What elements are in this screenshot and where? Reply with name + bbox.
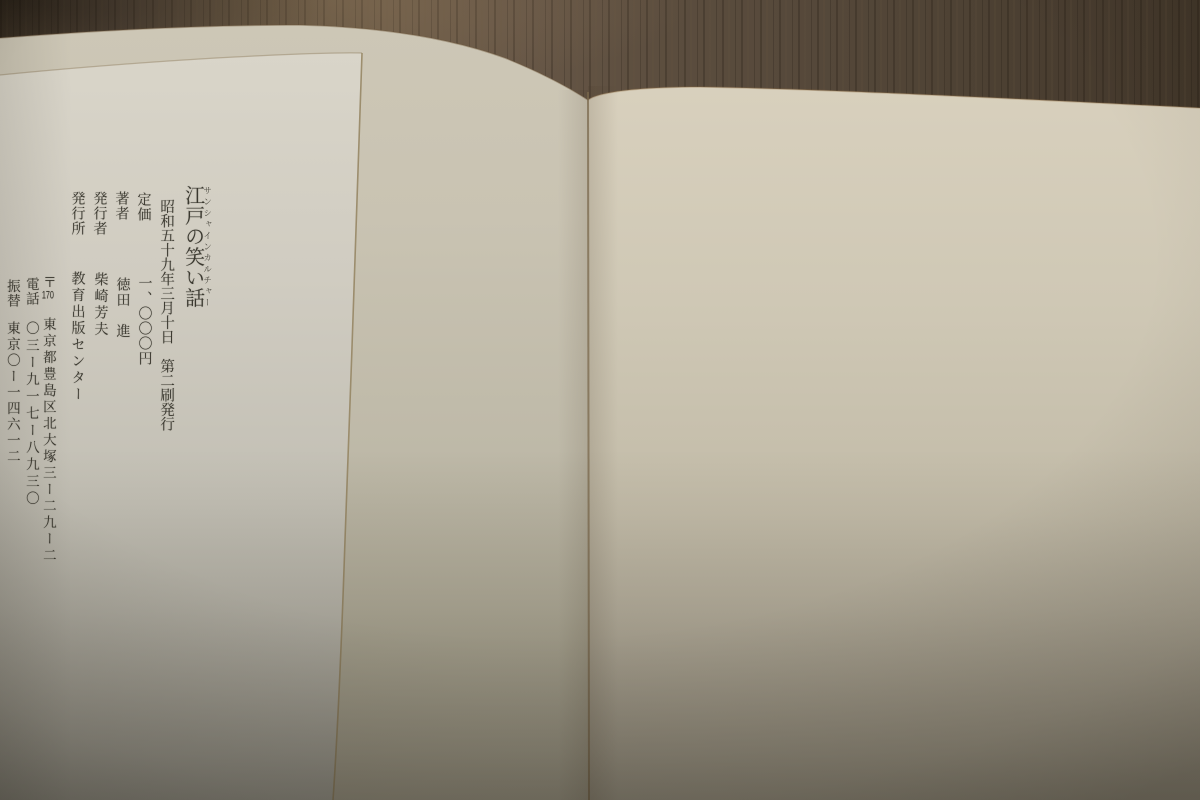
edition-date-line: 昭和五十九年三月十日 第二刷発行 xyxy=(157,199,174,431)
book-photo-scene: 江戸の笑い話サンシャインカルチャー 昭和五十九年三月十日 第二刷発行 定価 一、… xyxy=(0,0,1200,800)
publishing-house-value: 教育出版センター xyxy=(70,271,87,403)
publisher-value: 柴崎芳夫 xyxy=(93,272,110,338)
book-title: 江戸の笑い話サンシャインカルチャー xyxy=(180,185,213,308)
publisher-label: 発行者 xyxy=(92,191,109,236)
title-text: 江戸の笑い話 xyxy=(182,185,204,308)
title-with-furigana: 江戸の笑い話サンシャインカルチャー xyxy=(182,185,204,308)
price-label: 定価 xyxy=(136,192,153,222)
publisher-address: 東京都豊島区北大塚三ー二九ー二 xyxy=(40,317,56,565)
postal-transfer-number: 東京〇ー一四六一二 xyxy=(4,321,20,465)
author-label: 著者 xyxy=(114,191,131,221)
publishing-house-label: 発行所 xyxy=(70,191,87,236)
postal-code: 〒170 xyxy=(40,275,56,301)
postal-mark: 〒 xyxy=(41,275,56,290)
author-value: 徳田 進 xyxy=(115,277,132,339)
price-value: 一、〇〇〇円 xyxy=(137,276,154,366)
phone-number: 〇三ー九一七ー八九三〇 xyxy=(23,321,39,508)
colophon-text-block: 江戸の笑い話サンシャインカルチャー 昭和五十九年三月十日 第二刷発行 定価 一、… xyxy=(0,0,1200,800)
phone-label: 電話 xyxy=(23,277,39,306)
title-furigana: サンシャインカルチャー xyxy=(203,185,213,308)
postal-code-digits: 170 xyxy=(42,290,54,301)
postal-transfer-label: 振替 xyxy=(4,279,20,308)
